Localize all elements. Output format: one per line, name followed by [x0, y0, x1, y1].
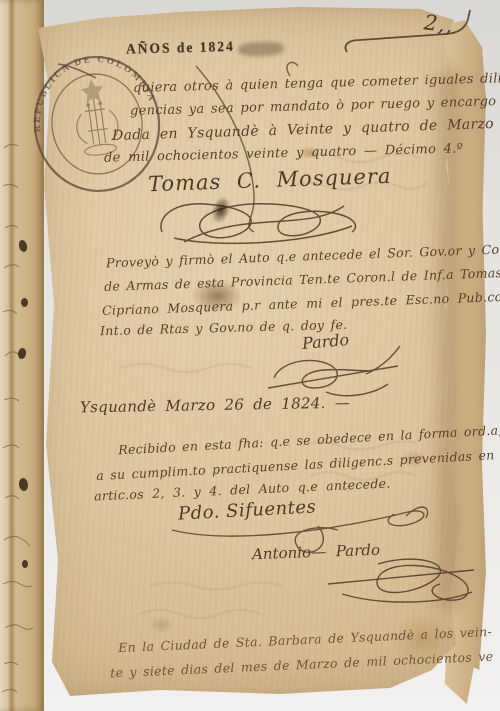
binding-hole [22, 560, 28, 568]
binding-hole [21, 298, 28, 307]
signature-pardo-first: Pardo [301, 330, 350, 353]
manuscript-photo: 2,, AÑOS de 1824 REPUBLICA DE COLOMBIA [0, 0, 500, 711]
folio-number: 2,, [423, 10, 455, 37]
year-stamp: AÑOS de 1824 [126, 38, 235, 58]
